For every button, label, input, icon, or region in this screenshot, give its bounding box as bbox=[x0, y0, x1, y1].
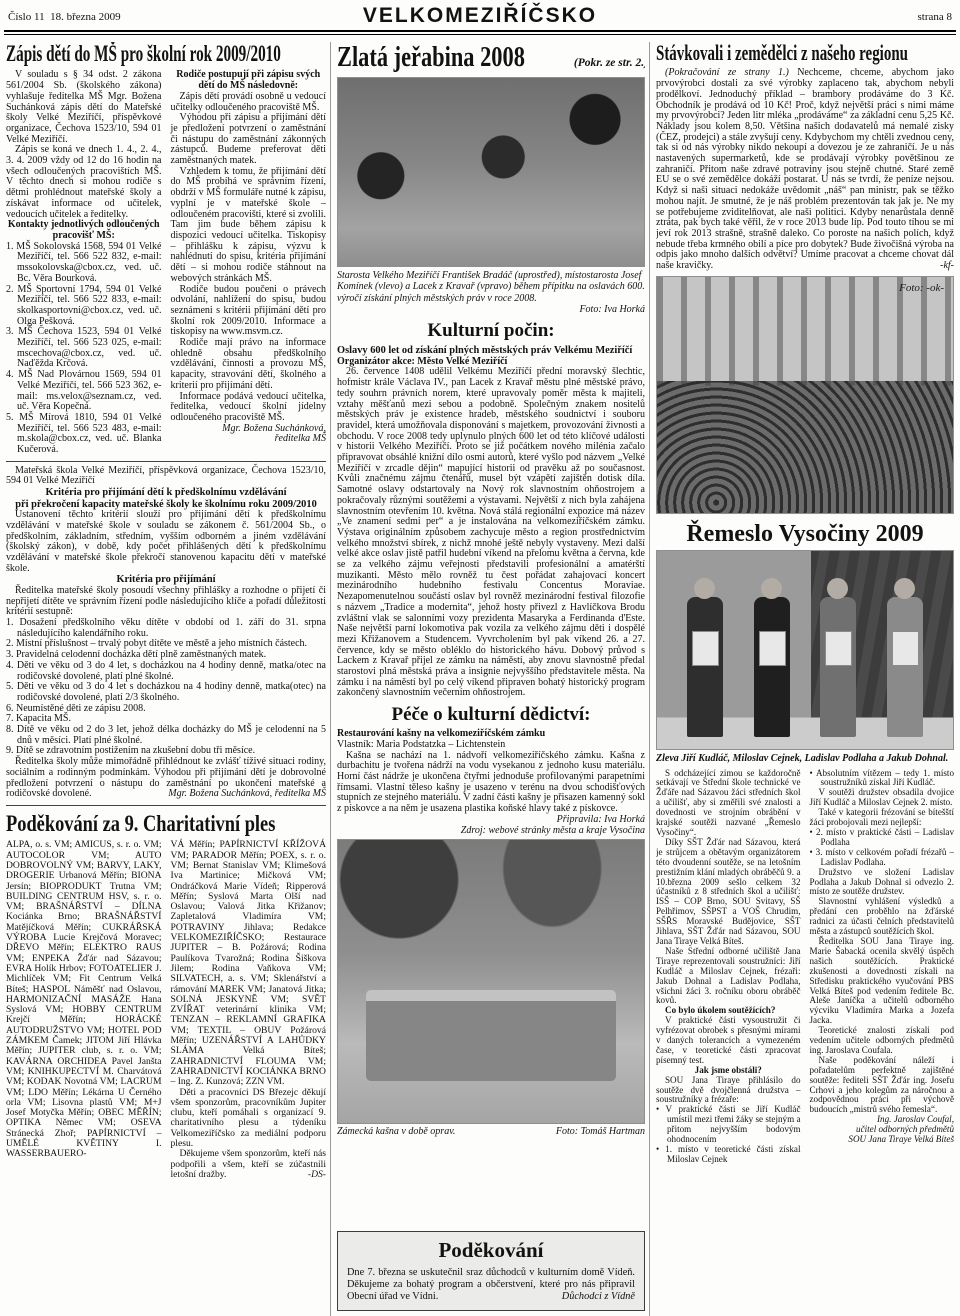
kulturni-pocin-section: Kulturní počin: Oslavy 600 let od získán… bbox=[337, 315, 645, 699]
kriteria-item: 8. Dítě ve věku od 2 do 3 let, jehož dél… bbox=[6, 725, 326, 746]
paragraph: Zápis dětí provádí osobně u vedoucí učit… bbox=[171, 92, 327, 113]
paragraph: Rodiče mají právo na informace ohledně o… bbox=[171, 338, 327, 392]
ples-subcol-2: VÁ Měřín; PAPÍRNICTVÍ KŘÍŽOVÁ VM; PARADO… bbox=[171, 840, 327, 1180]
paragraph: Slavnostní vyhlášení výsledků a předání … bbox=[810, 897, 955, 937]
bullet-item: • V praktické části se Jiří Kudláč umíst… bbox=[656, 1105, 801, 1145]
person-head bbox=[694, 578, 715, 599]
header-rule-thin bbox=[4, 34, 956, 35]
paragraph: Družstvo ve složení Ladislav Podlaha a J… bbox=[810, 868, 955, 898]
podekovani-box: Poděkování Dne 7. března se uskutečnil s… bbox=[337, 1231, 645, 1311]
kriteria-title-line1: Kritéria pro přijímání dětí k předškolní… bbox=[6, 487, 326, 499]
kriteria-item: 5. Děti ve věku od 3 do 4 let s docházko… bbox=[6, 682, 326, 703]
paragraph: Děkujeme všem sponzorům, kteří nás podpo… bbox=[171, 1149, 327, 1180]
column-divider bbox=[649, 42, 650, 1316]
pece-section: Péče o kulturní dědictví: Restaurování k… bbox=[337, 699, 645, 836]
signature: Mgr. Božena Suchánková, ředitelka MŠ bbox=[152, 789, 326, 800]
paragraph-text: Nechceme, chceme, abychom jako prvovýrob… bbox=[656, 67, 954, 271]
certificate bbox=[692, 631, 719, 666]
subheading: Oslavy 600 let od získání plných městský… bbox=[337, 345, 645, 357]
podekovani-heading: Poděkování bbox=[347, 1238, 635, 1263]
article-title-ples-text: Poděkování za 9. Charitativní ples bbox=[6, 812, 275, 835]
masthead: VELKOMEZIŘÍČSKO bbox=[0, 4, 960, 28]
bullet-item: • 3. místo v celkovém pořadí frézařů – L… bbox=[810, 848, 955, 868]
ples-columns: ALPA, o. s. VM; AMICUS, s. r. o. VM; AUT… bbox=[6, 840, 326, 1180]
paragraph: Zápis se koná ve dnech 1. 4., 2. 4., 3. … bbox=[6, 145, 162, 220]
photo-caption: Zámecká kašna v době oprav. bbox=[337, 1126, 455, 1137]
photo-celebration-toast bbox=[337, 77, 645, 267]
zapis-subcol-2: Rodiče postupují při zápisu svých dětí d… bbox=[171, 70, 327, 455]
bullet-item: • Absolutním vítězem – tedy 1. místo sou… bbox=[810, 769, 955, 789]
paragraph: Děti a pracovníci DS Březejc děkují všem… bbox=[171, 1088, 327, 1150]
paragraph: Výhodou při zápisu a přijímání dětí je p… bbox=[171, 113, 327, 167]
contacts-heading: Kontakty jednotlivých odloučených pracov… bbox=[6, 220, 162, 241]
paragraph: Naše poděkování náleží i pořadatelům per… bbox=[810, 1056, 955, 1115]
remeslo-subcol-1: S odcházející zimou se každoročně setkáv… bbox=[656, 769, 801, 1165]
person-head bbox=[894, 578, 915, 599]
certificate bbox=[759, 631, 786, 666]
paragraph: Rodiče budou poučeni o právech odvolání,… bbox=[171, 285, 327, 339]
photo-caption: Zleva Jiří Kudláč, Miloslav Cejnek, Ladi… bbox=[656, 753, 954, 764]
zapis-columns: V souladu s § 34 odst. 2 zákona 561/2004… bbox=[6, 70, 326, 455]
photo-caption: Starosta Velkého Meziříčí František Brad… bbox=[337, 270, 645, 304]
paragraph: Také v kategorii frézování se bítešští ž… bbox=[810, 808, 955, 828]
continuation-lead: (Pokračování ze strany 1.) bbox=[665, 67, 789, 78]
newspaper-page: Číslo 11 18. března 2009 VELKOMEZIŘÍČSKO… bbox=[0, 0, 960, 1316]
person-figure bbox=[820, 597, 856, 737]
signature: -DS- bbox=[292, 1170, 326, 1180]
contact-item: 2. MŠ Sportovní 1794, 594 01 Velké Meziř… bbox=[6, 285, 162, 328]
signature: ředitelka MŠ bbox=[171, 434, 327, 445]
article-title-remeslo: Řemeslo Vysočiny 2009 bbox=[656, 522, 954, 546]
article-title-zapis-text: Zápis dětí do MŠ pro školní rok 2009/201… bbox=[6, 42, 281, 65]
ples-section: Poděkování za 9. Charitativní ples ALPA,… bbox=[6, 810, 326, 1180]
article-title-remeslo-text: Řemeslo Vysočiny 2009 bbox=[686, 521, 923, 547]
page-number: strana 8 bbox=[917, 11, 952, 23]
paragraph: Ředitelka mateřské školy posoudí všechny… bbox=[6, 586, 326, 618]
contact-item: 5. MŠ Mírová 1810, 594 01 Velké Meziříčí… bbox=[6, 413, 162, 456]
person-head bbox=[827, 578, 848, 599]
contact-item: 3. MŠ Čechova 1523, 594 01 Velké Meziříč… bbox=[6, 327, 162, 370]
person-figure bbox=[754, 597, 790, 737]
contact-item: 1. MŠ Sokolovská 1568, 594 01 Velké Mezi… bbox=[6, 242, 162, 285]
paragraph: V souladu s § 34 odst. 2 zákona 561/2004… bbox=[6, 70, 162, 145]
continuation-note: (Pokr. ze str. 2.) bbox=[574, 57, 645, 69]
section-heading-pece: Péče o kulturní dědictví: bbox=[337, 704, 645, 726]
paragraph: V praktické části vysoustružit či vyfréz… bbox=[656, 1016, 801, 1066]
article-title-ples: Poděkování za 9. Charitativní ples bbox=[6, 812, 326, 835]
article-title-zapis: Zápis dětí do MŠ pro školní rok 2009/201… bbox=[6, 42, 326, 65]
paragraph: Naše Střední odborné učiliště Jana Tiray… bbox=[656, 947, 801, 1006]
kriteria-section: Mateřská škola Velké Meziříčí, příspěvko… bbox=[6, 466, 326, 800]
paragraph: SOU Jana Tiraye přihlásilo do soutěže dv… bbox=[656, 1076, 801, 1106]
signature: SOU Jana Tiraye Velká Bíteš bbox=[810, 1135, 955, 1145]
middle-column: Zlatá jeřabina 2008(Pokr. ze str. 2.) St… bbox=[337, 42, 645, 1314]
article-title-jerabina-text: Zlatá jeřabina 2008 bbox=[337, 42, 525, 74]
stavka-body: (Pokračování ze strany 1.) Nechceme, chc… bbox=[656, 68, 954, 271]
paragraph: Ředitelka SOU Jana Tiraye ing. Marie Šab… bbox=[810, 937, 955, 1026]
remeslo-subcol-2: • Absolutním vítězem – tedy 1. místo sou… bbox=[810, 769, 955, 1165]
source-line: Zdroj: webové stránky města a kraje Vyso… bbox=[337, 826, 645, 837]
signature: -kf- bbox=[924, 261, 954, 272]
subcol-heading: Rodiče postupují při zápisu svých dětí d… bbox=[171, 70, 327, 91]
section-rule bbox=[6, 461, 326, 462]
certificate bbox=[892, 631, 919, 666]
header-rule-thick bbox=[4, 30, 956, 32]
kriteria-closing: Ředitelka školy může mimořádně přihlédno… bbox=[6, 757, 326, 800]
paragraph: 26. července 1408 udělil Velkému Meziříč… bbox=[337, 367, 645, 699]
paragraph: Díky SŠT Žďár nad Sázavou, která je strů… bbox=[656, 838, 801, 947]
photo-farmers-protest: Foto: -ok- bbox=[656, 276, 954, 514]
sponsor-list: VÁ Měřín; PAPÍRNICTVÍ KŘÍŽOVÁ VM; PARADO… bbox=[171, 840, 327, 1087]
fountain-basin-shape bbox=[366, 990, 617, 1081]
photo-credit-overlay: Foto: -ok- bbox=[899, 282, 944, 294]
paragraph: Vzhledem k tomu, že přijímání dětí do MŠ… bbox=[171, 167, 327, 285]
podekovani-text: Dne 7. března se uskutečnil sraz důchodc… bbox=[347, 1267, 635, 1303]
paragraph: Ustanovení těchto kritérií slouží pro př… bbox=[6, 510, 326, 574]
certificate bbox=[825, 631, 852, 666]
photo-credit: Foto: Tomáš Hartman bbox=[556, 1126, 645, 1137]
kriteria-item: 1. Dosažení předškolního věku dítěte v o… bbox=[6, 618, 326, 639]
fountain-caption-row: Zámecká kašna v době oprav. Foto: Tomáš … bbox=[337, 1126, 645, 1137]
signature: Důchodci z Vídně bbox=[555, 1291, 635, 1303]
article-title-jerabina: Zlatá jeřabina 2008(Pokr. ze str. 2.) bbox=[337, 42, 645, 74]
person-figure bbox=[687, 597, 723, 737]
sponsor-list: ALPA, o. s. VM; AMICUS, s. r. o. VM; AUT… bbox=[6, 840, 162, 1159]
photo-credit: Foto: Iva Horká bbox=[337, 304, 645, 315]
paragraph: Teoretické znalosti získali pod vedením … bbox=[810, 1026, 955, 1056]
photo-award-winners bbox=[656, 550, 954, 750]
zapis-subcol-1: V souladu s § 34 odst. 2 zákona 561/2004… bbox=[6, 70, 162, 455]
person-head bbox=[761, 578, 782, 599]
ples-subcol-1: ALPA, o. s. VM; AMICUS, s. r. o. VM; AUT… bbox=[6, 840, 162, 1180]
bullet-item: • 1. místo v teoretické části získal Mil… bbox=[656, 1145, 801, 1165]
right-column: Stávkovali i zemědělci z našeho regionu … bbox=[656, 42, 954, 1314]
owner-line: Vlastník: Maria Podstatzka – Lichtenstei… bbox=[337, 740, 645, 751]
left-column: Zápis dětí do MŠ pro školní rok 2009/201… bbox=[6, 42, 326, 1314]
person-figure bbox=[887, 597, 923, 737]
article-title-stavka-text: Stávkovali i zemědělci z našeho regionu bbox=[656, 42, 908, 64]
photo-castle-fountain bbox=[337, 839, 645, 1124]
paragraph: S odcházející zimou se každoročně setkáv… bbox=[656, 769, 801, 838]
bullet-item: • 2. místo v praktické části – Ladislav … bbox=[810, 828, 955, 848]
remeslo-columns: S odcházející zimou se každoročně setkáv… bbox=[656, 769, 954, 1165]
contact-item: 4. MŠ Nad Plovárnou 1569, 594 01 Velké M… bbox=[6, 370, 162, 413]
kriteria-intro: Mateřská škola Velké Meziříčí, příspěvko… bbox=[6, 466, 326, 487]
paragraph: Kašna se nachází na 1. nádvoří velkomezi… bbox=[337, 751, 645, 815]
prepared-by-line: Připravila: Iva Horká bbox=[337, 815, 645, 826]
article-title-stavka: Stávkovali i zemědělci z našeho regionu bbox=[656, 42, 954, 64]
section-rule bbox=[6, 805, 326, 806]
section-heading-kulturni-pocin: Kulturní počin: bbox=[337, 320, 645, 342]
kriteria-item: 4. Děti ve věku od 3 do 4 let, s docházk… bbox=[6, 661, 326, 682]
column-divider bbox=[330, 42, 331, 1316]
paragraph: Informace podává vedoucí učitelka, ředit… bbox=[171, 392, 327, 424]
paragraph: V soutěži družstev obsadila dvojice Jiří… bbox=[810, 788, 955, 808]
